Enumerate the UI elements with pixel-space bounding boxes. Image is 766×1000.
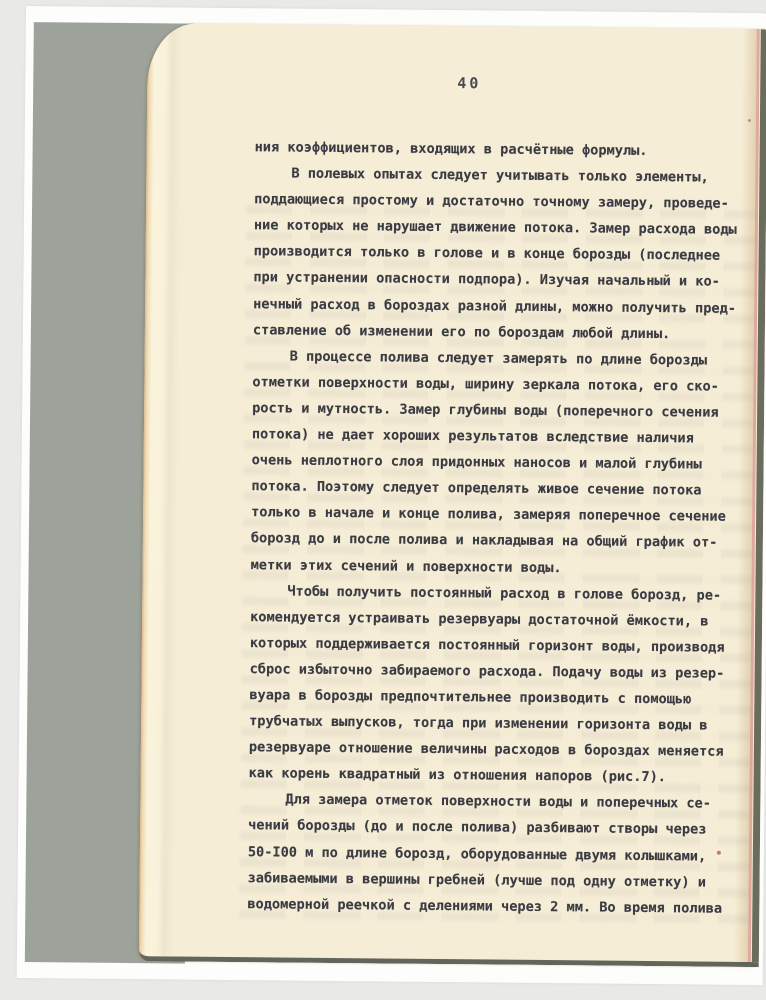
dust-speck [717, 851, 721, 855]
text-line: водомерной реечкой с делениями через 2 м… [247, 891, 747, 922]
text-line: чений борозды (до и после полива) разбив… [248, 813, 748, 844]
scanned-document-viewport: 40 ния коэффициентов, входящих в расчётн… [0, 0, 766, 1000]
book-page: 40 ния коэффициентов, входящих в расчётн… [139, 23, 766, 967]
page-leaves-edge [139, 23, 184, 956]
paragraph: В полевых опытах следует учитывать тольк… [253, 160, 755, 347]
scan-area: 40 ния коэффициентов, входящих в расчётн… [17, 6, 766, 985]
dust-speck [748, 119, 751, 122]
paragraph: Для замера отметок поверхности воды и по… [247, 787, 748, 922]
page-number: 40 [457, 74, 481, 92]
paragraph: В процессе полива следует замерять по дл… [251, 343, 753, 583]
text-line: борозд до и после полива и накладывая на… [251, 526, 751, 557]
body-text: ния коэффициентов, входящих в расчётные … [247, 134, 754, 922]
paragraph: Чтобы получить постоянный расход в голов… [249, 578, 751, 792]
